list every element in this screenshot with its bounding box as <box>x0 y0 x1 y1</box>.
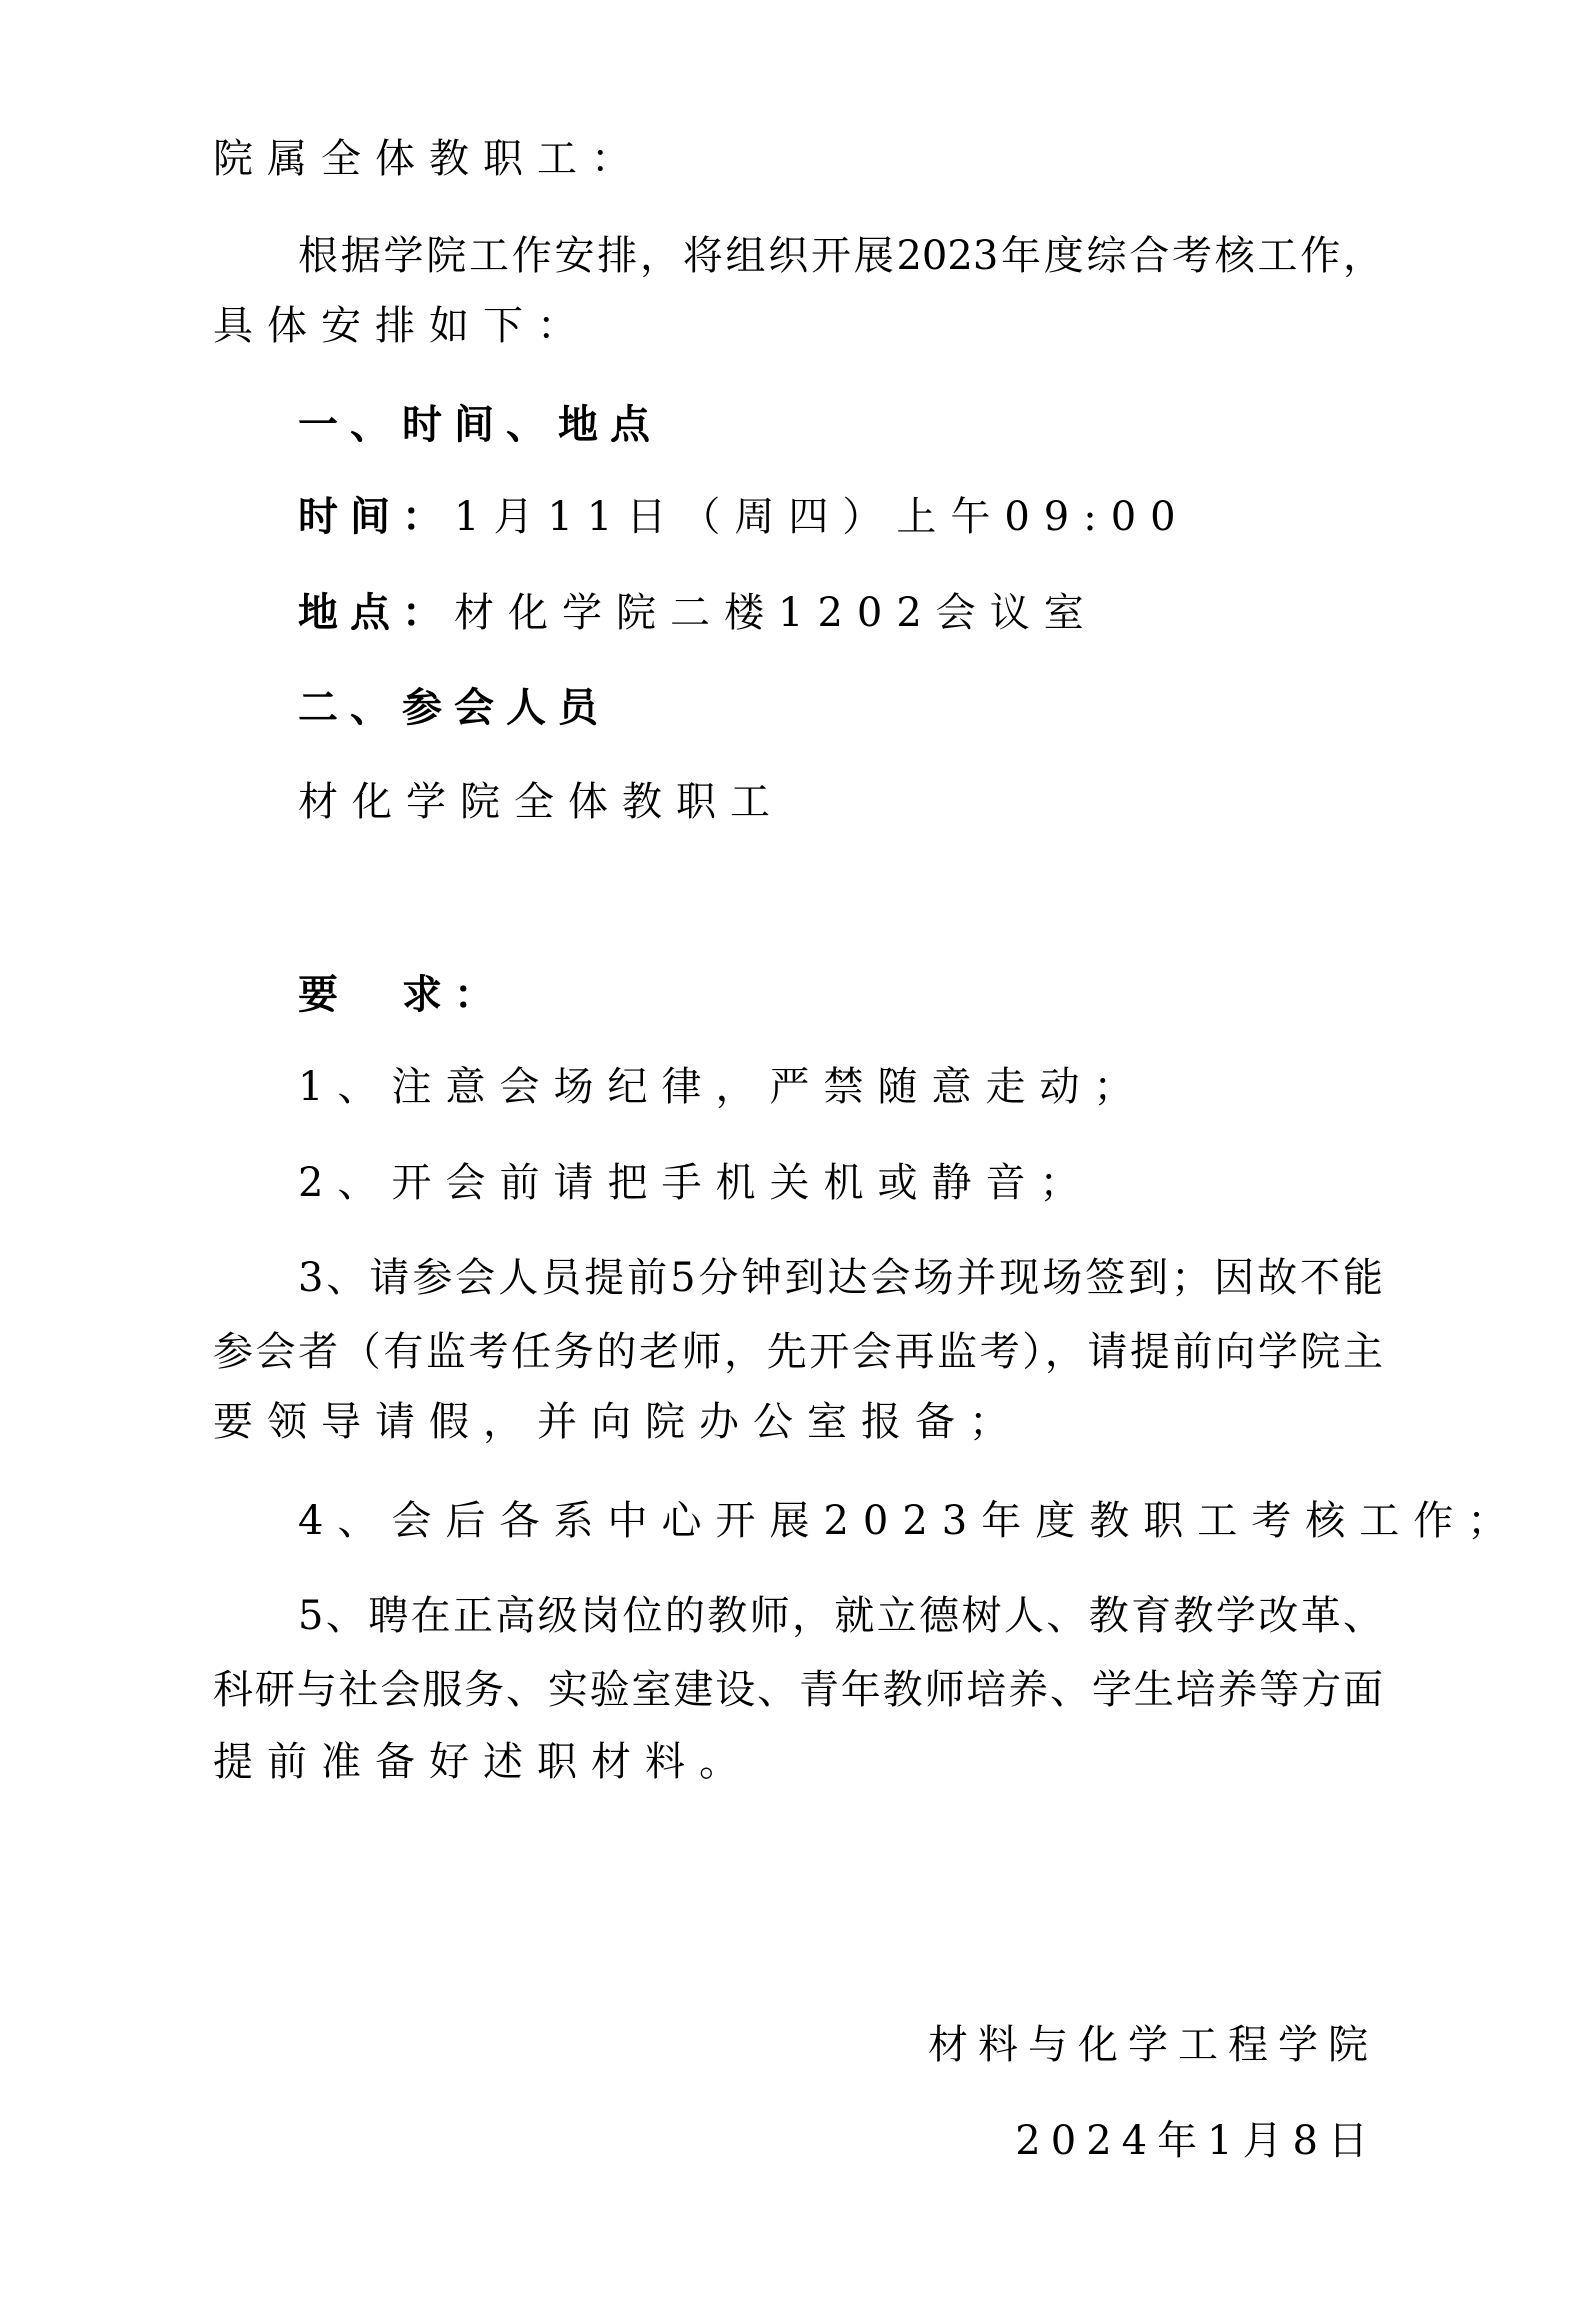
requirement-item-3-line-2: 参会者（有监考任务的老师，先开会再监考），请提前向学院主 <box>213 1324 1383 1380</box>
intro-line-2: 具体安排如下： <box>213 298 591 354</box>
requirement-item-3-line-3: 要领导请假，并向院办公室报备； <box>213 1394 1023 1450</box>
requirement-item-5-line-2: 科研与社会服务、实验室建设、青年教师培养、学生培养等方面 <box>213 1662 1383 1718</box>
intro-line-1: 根据学院工作安排，将组织开展2023年度综合考核工作， <box>298 228 1383 284</box>
requirement-item-5-line-1: 5、聘在正高级岗位的教师，就立德树人、教育教学改革、 <box>298 1588 1383 1644</box>
section-heading-attendees: 二、参会人员 <box>298 680 610 736</box>
requirement-item-2: 2、开会前请把手机关机或静音； <box>298 1155 1093 1211</box>
requirement-item-3-line-1: 3、请参会人员提前5分钟到达会场并现场签到；因故不能 <box>298 1250 1383 1306</box>
signature-date: 2024年1月8日 <box>1015 2113 1378 2169</box>
salutation: 院属全体教职工： <box>213 131 645 187</box>
attendees-content: 材化学院全体教职工 <box>298 774 784 830</box>
section-heading-time-place: 一、时间、地点 <box>298 397 662 453</box>
place-value: 材化学院二楼1202会议室 <box>454 590 1098 636</box>
place-line: 地点：材化学院二楼1202会议室 <box>298 585 1098 641</box>
document-page: 院属全体教职工： 根据学院工作安排，将组织开展2023年度综合考核工作， 具体安… <box>0 0 1587 2320</box>
requirement-item-5-line-3: 提前准备好述职材料。 <box>213 1734 753 1790</box>
time-line: 时间：1月11日（周四）上午09:00 <box>298 489 1190 545</box>
requirement-item-1: 1、注意会场纪律，严禁随意走动； <box>298 1059 1147 1115</box>
time-label: 时间： <box>298 494 454 540</box>
place-label: 地点： <box>298 590 454 636</box>
signature-organization: 材料与化学工程学院 <box>928 2017 1378 2073</box>
time-value: 1月11日（周四）上午09:00 <box>454 494 1190 540</box>
requirements-heading: 要 求： <box>298 967 506 1023</box>
requirement-item-4: 4、会后各系中心开展2023年度教职工考核工作； <box>298 1493 1521 1549</box>
